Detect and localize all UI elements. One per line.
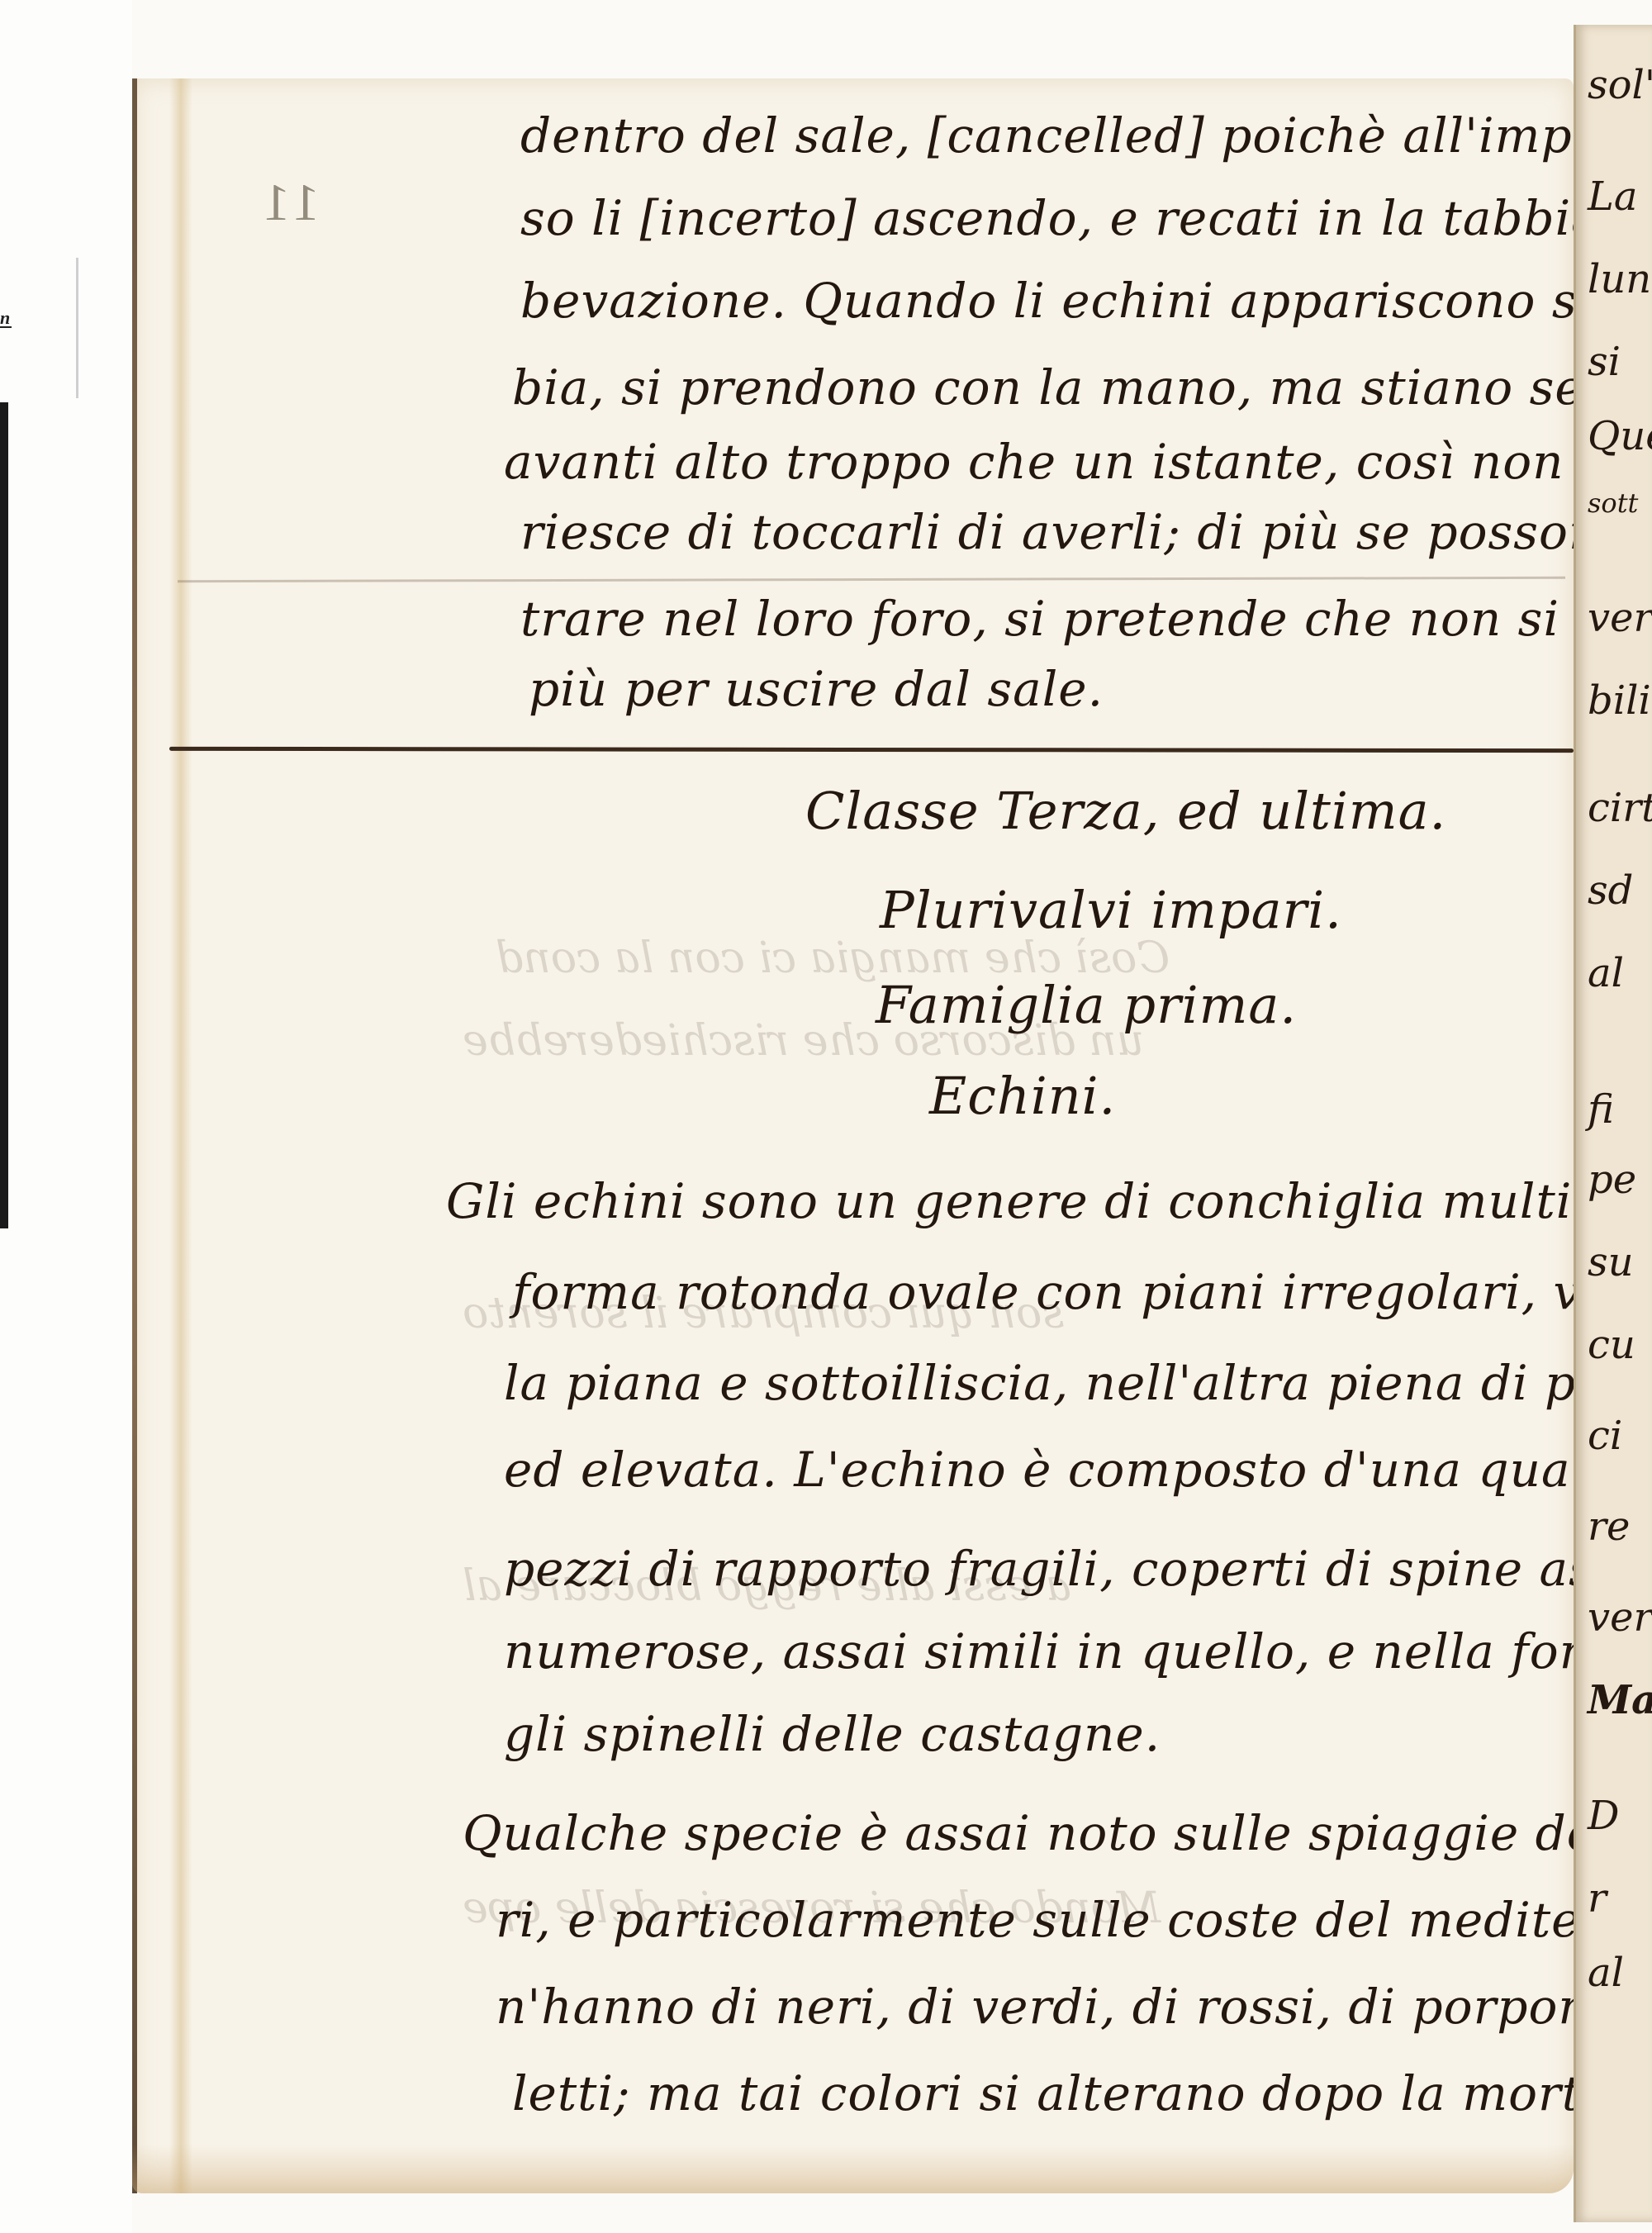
adjacent-text-fragment: al	[1588, 1950, 1624, 1996]
page-binding-edge	[132, 78, 137, 2193]
adjacent-text-fragment: bili	[1588, 677, 1651, 724]
adjacent-text-fragment: re	[1588, 1504, 1630, 1550]
adjacent-text-fragment: La	[1588, 173, 1638, 220]
scan-artifact-line	[76, 258, 78, 398]
text-line: riesce di toccarli di averli; di più se …	[520, 504, 1652, 560]
text-line: forma rotonda ovale con piani irregolari…	[512, 1264, 1652, 1320]
class-heading: Classe Terza, ed ultima.	[805, 781, 1446, 841]
text-line: trare nel loro foro, si pretende che non…	[520, 591, 1652, 647]
text-line: bia, si prendono con la mano, ma stiano …	[512, 359, 1652, 416]
text-line: gli spinelli delle castagne.	[504, 1706, 1161, 1762]
text-line: pezzi di rapporto fragili, coperti di sp…	[504, 1541, 1652, 1597]
adjacent-text-fragment: Quel	[1588, 413, 1652, 459]
text-line: dentro del sale, [cancelled] poichè all'…	[520, 107, 1652, 164]
page-fold-stain	[169, 78, 192, 2193]
text-line: bevazione. Quando li echini appariscono …	[520, 273, 1652, 329]
adjacent-text-fragment: fi	[1588, 1086, 1614, 1133]
adjacent-text-fragment: cirt	[1588, 785, 1652, 831]
text-line: la piana e sottoilliscia, nell'altra pie…	[504, 1355, 1652, 1411]
adjacent-text-fragment: D	[1588, 1793, 1619, 1839]
margin-label: n	[0, 310, 12, 328]
adjacent-text-fragment: al	[1588, 950, 1624, 996]
scan-background	[0, 0, 132, 2233]
adjacent-text-fragment: pe	[1588, 1157, 1636, 1203]
adjacent-text-fragment: sott	[1588, 487, 1638, 519]
text-line: letti; ma tai colori si alterano dopo la…	[512, 2065, 1652, 2121]
adjacent-text-fragment: ver	[1588, 1594, 1652, 1641]
adjacent-text-fragment: r	[1588, 1875, 1607, 1922]
adjacent-text-fragment: su	[1588, 1239, 1634, 1285]
text-line: avanti alto troppo che un istante, così …	[504, 434, 1624, 490]
subclass-heading: Plurivalvi impari.	[880, 880, 1342, 940]
genus-heading: Echini.	[929, 1066, 1116, 1126]
adjacent-text-fragment: ci	[1588, 1413, 1622, 1459]
text-line: Qualche specie è assai noto sulle spiagg…	[463, 1805, 1652, 1861]
adjacent-text-fragment: si	[1588, 339, 1621, 385]
adjacent-text-fragment: Ma	[1588, 1677, 1652, 1723]
folio-number: 11	[259, 172, 320, 233]
text-line: ed elevata. L'echino è composto d'una qu…	[504, 1442, 1652, 1498]
text-line: so li [incerto] ascendo, e recati in la …	[520, 190, 1652, 246]
text-line: Gli echini sono un genere di conchiglia …	[446, 1173, 1652, 1229]
adjacent-text-fragment: ver	[1588, 595, 1652, 641]
adjacent-text-fragment: sol'	[1588, 62, 1652, 108]
adjacent-text-fragment: sd	[1588, 867, 1633, 914]
text-line: numerose, assai simili in quello, e nell…	[504, 1623, 1652, 1680]
scan-edge-bar	[0, 402, 8, 1228]
text-line: ri, e particolarmente sulle coste del me…	[496, 1892, 1652, 1948]
adjacent-text-fragment: lung	[1588, 256, 1652, 302]
family-heading: Famiglia prima.	[876, 975, 1297, 1035]
text-line: più per uscire dal sale.	[529, 661, 1104, 717]
adjacent-text-fragment: cu	[1588, 1322, 1635, 1368]
text-line: n'hanno di neri, di verdi, di rossi, di …	[496, 1979, 1652, 2035]
page-bottom-stain	[132, 2144, 1574, 2193]
adjacent-page: sol' La lung si Quel sott ver bili cirt …	[1574, 25, 1652, 2222]
